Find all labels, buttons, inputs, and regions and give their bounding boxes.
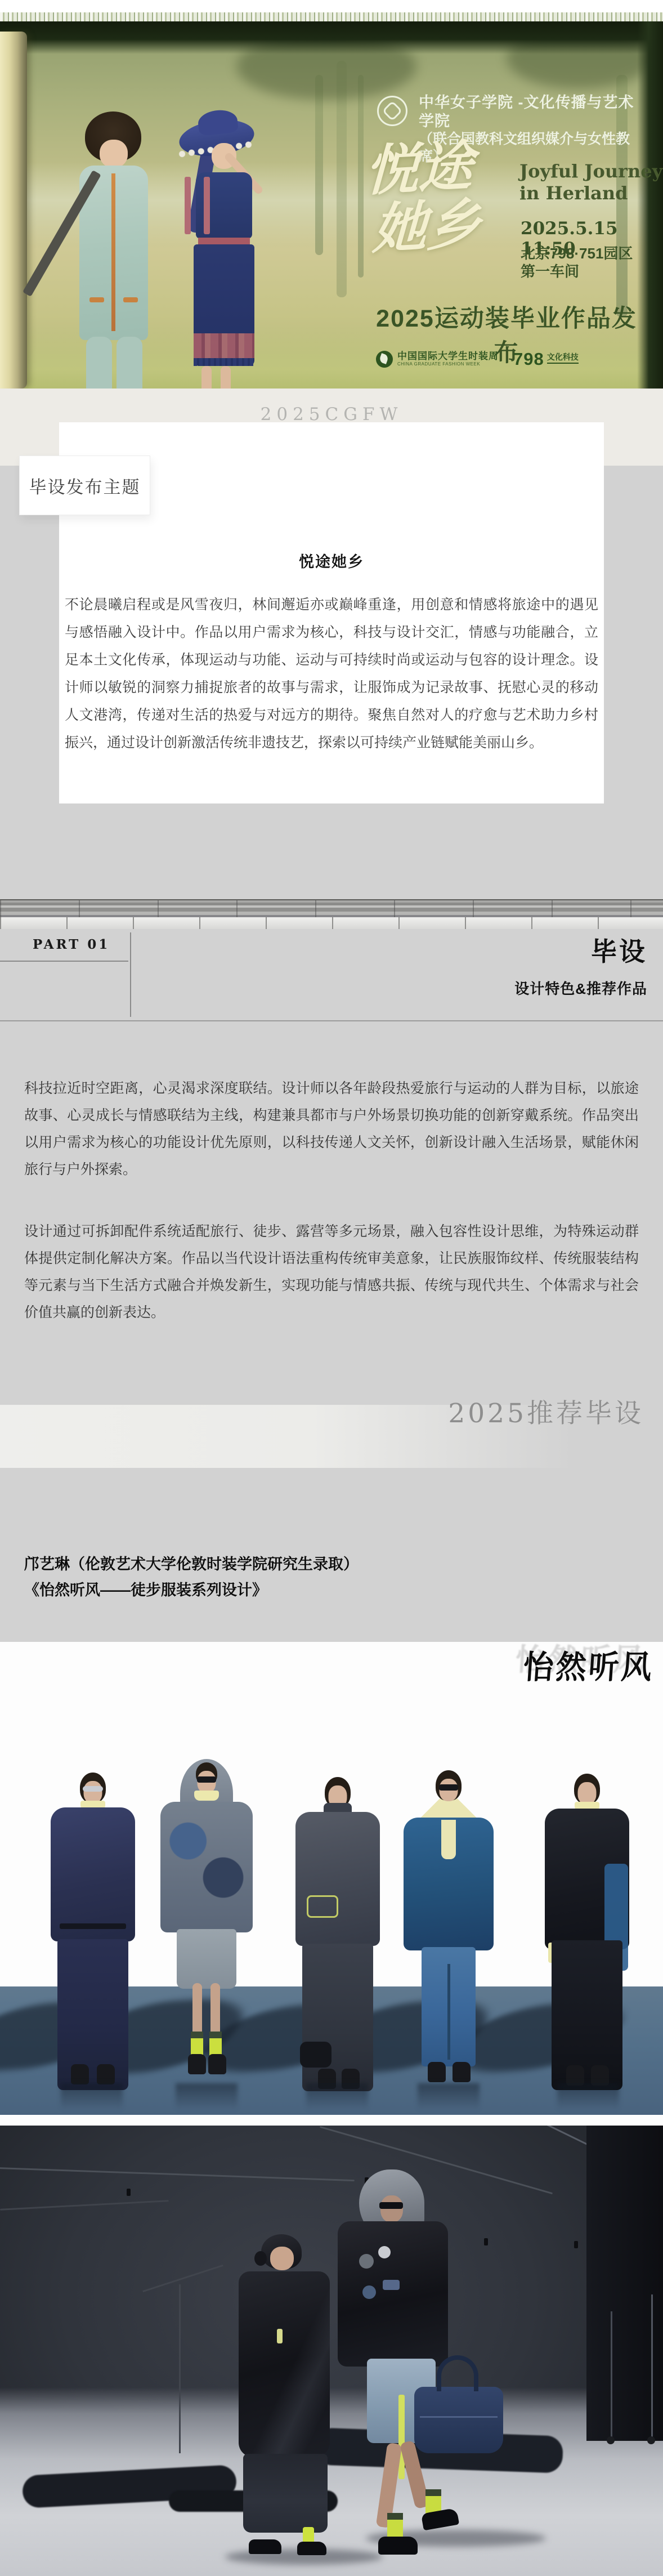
- chunky-shoe: [378, 2537, 418, 2555]
- cgfw-logo-en: CHINA GRADUATE FASHION WEEK: [397, 361, 499, 367]
- truss-line: [0, 2167, 355, 2181]
- theme-card: 毕设发布主题 悦途她乡 不论晨曦启程或是风雪夜归，林间邂逅亦或巅峰重逢，用创意和…: [59, 422, 604, 803]
- model-reflection: [61, 2083, 123, 2115]
- forest-top-band: [0, 21, 663, 54]
- light-stand: [651, 2294, 653, 2438]
- hand-bag: [300, 2042, 331, 2068]
- long-skirt: [302, 1944, 373, 2091]
- photo-model-man: [315, 2169, 484, 2564]
- logo-798-number: 798: [513, 351, 544, 368]
- boot: [188, 2054, 206, 2074]
- lineup-model-3: [290, 1777, 386, 2098]
- vest-trim: [204, 177, 210, 234]
- face: [380, 2195, 403, 2222]
- title-en-line2: in Herland: [519, 182, 662, 204]
- c-stand-arm: [142, 2265, 223, 2292]
- runway-photo: [0, 2126, 663, 2576]
- embroidered-hem: [194, 333, 254, 358]
- stand-wheel: [647, 2436, 655, 2444]
- cgfw-logo-cn: 中国国际大学生时装周: [397, 351, 499, 361]
- part-divider-left: [0, 961, 128, 962]
- title-en-line1: Joyful Journey: [519, 160, 662, 182]
- shoe: [249, 2539, 281, 2554]
- boot: [71, 2064, 89, 2084]
- belt: [60, 1923, 126, 1929]
- lineup-model-5: [539, 1774, 635, 2095]
- truss-line: [0, 2200, 169, 2211]
- part-divider-vertical: [130, 932, 131, 1017]
- boot: [591, 2065, 609, 2086]
- visor-sunglasses: [83, 1786, 103, 1792]
- stand-wheel: [607, 2436, 615, 2444]
- part-label: PART 01: [33, 937, 110, 952]
- utility-coat: [295, 1812, 380, 1946]
- lineup-model-1: [45, 1773, 141, 2093]
- jacket-patch: [383, 2280, 400, 2290]
- calligraphy-title: 怡然听风 怡然听风: [508, 1643, 654, 1688]
- truss-clamp: [127, 2189, 131, 2196]
- top-stripe-band: [0, 12, 663, 21]
- trench-coat: [51, 1807, 135, 1941]
- theme-paragraph: 不论晨曦启程或是风雪夜归，林间邂逅亦或巅峰重逢，用创意和情感将旅途中的遇见与感悟…: [65, 591, 598, 757]
- fringe: [194, 358, 254, 366]
- face: [270, 2247, 294, 2270]
- hood-drawcord: [441, 1820, 456, 1859]
- patch-leather-jacket: [338, 2221, 448, 2367]
- banner-logos: 中国国际大学生时装周 CHINA GRADUATE FASHION WEEK 7…: [376, 351, 579, 368]
- hooded-jacket: [160, 1802, 253, 1932]
- cgfw-logo: 中国国际大学生时装周 CHINA GRADUATE FASHION WEEK: [376, 351, 499, 368]
- scroll-curl: [0, 32, 27, 389]
- neon-strap: [398, 2395, 405, 2479]
- truss-clamp: [574, 2241, 578, 2248]
- c-stand: [179, 2284, 181, 2453]
- figure-ethnic-dress-illustration: [169, 116, 267, 389]
- neon-accent: [277, 2329, 283, 2343]
- tile-texture-band: [0, 917, 663, 929]
- metal-texture-band: [0, 899, 663, 918]
- cgfw-watermark: 2025CGFW: [0, 404, 663, 425]
- truss-clamp: [484, 2238, 488, 2245]
- light-stand: [611, 2311, 612, 2438]
- leg: [201, 366, 212, 389]
- model-reflection: [306, 2083, 368, 2115]
- collar: [194, 1791, 219, 1801]
- calligraphy-text: 怡然听风: [522, 1642, 656, 1688]
- boot: [453, 2062, 471, 2082]
- shorts: [177, 1929, 236, 1989]
- sunglasses: [379, 2202, 403, 2209]
- school-emblem-icon: [377, 96, 407, 126]
- headdress-top: [197, 108, 239, 136]
- jacket-patch: [362, 2285, 376, 2299]
- banner-title-en: Joyful Journey in Herland: [519, 160, 662, 204]
- lineup-model-2: [159, 1762, 254, 2083]
- figure-hiker-illustration: [76, 111, 155, 389]
- long-skirt: [57, 1939, 128, 2090]
- jeans: [422, 1947, 476, 2066]
- boot: [208, 2054, 226, 2074]
- zipper: [111, 173, 115, 331]
- design-feature-paragraph-1: 科技拉近时空距离，心灵渴求深度联结。设计师以各年龄段热爱旅行与运动的人群为目标，…: [24, 1075, 639, 1183]
- event-venue-hall: 第一车间: [521, 260, 579, 281]
- part-subtitle: 设计特色&推荐作品: [514, 977, 647, 998]
- face: [84, 1781, 102, 1803]
- pocket-trim: [123, 297, 138, 302]
- model-reflection: [176, 2083, 238, 2115]
- boot: [428, 2062, 446, 2082]
- leg: [221, 366, 231, 389]
- banner-title-cn: 悦途 她乡: [362, 135, 507, 260]
- vest-trim: [185, 177, 191, 234]
- leg: [117, 337, 142, 389]
- model-reflection: [418, 2083, 480, 2115]
- boot: [566, 2065, 584, 2086]
- design-feature-paragraph-2: 设计通过可拆卸配件系统适配旅行、徒步、露营等多元场景，融入包容性设计思维，为特殊…: [24, 1218, 639, 1326]
- model-reflection: [557, 2083, 619, 2115]
- article-page: 中华女子学院 -文化传播与艺术学院 （联合国教科文组织媒介与女性教席） 悦途 她…: [0, 0, 663, 2576]
- tree-trunk: [315, 75, 323, 255]
- face: [100, 140, 128, 168]
- bag-handle: [437, 2355, 478, 2391]
- jacket-patch: [378, 2246, 391, 2258]
- waist-band: [198, 238, 250, 244]
- cgfw-logo-icon: [376, 351, 393, 368]
- boot: [97, 2064, 115, 2084]
- designer-name-line: 邝艺琳（伦敦艺术大学伦敦时装学院研究生录取）: [24, 1552, 359, 1574]
- title-cn-line2: 她乡: [372, 193, 504, 258]
- jacket-patch: [359, 2254, 374, 2269]
- neon-outline-pocket: [307, 1895, 338, 1918]
- section-divider: [0, 1020, 663, 1021]
- sunglasses: [439, 1784, 458, 1791]
- theme-badge: 毕设发布主题: [19, 456, 150, 515]
- face: [578, 1782, 597, 1805]
- banner-image: 中华女子学院 -文化传播与艺术学院 （联合国教科文组织媒介与女性教席） 悦途 她…: [0, 21, 663, 389]
- navy-duffel-bag: [414, 2387, 503, 2453]
- ear-flap: [254, 2251, 267, 2266]
- pocket-trim: [89, 297, 104, 302]
- logo-798-sub: 文化科技: [547, 352, 579, 364]
- logo-798: 798 文化科技: [513, 351, 579, 368]
- recommend-watermark: 2025推荐毕设: [448, 1392, 644, 1430]
- skirt: [194, 244, 254, 366]
- lineup-model-4: [401, 1770, 496, 2091]
- sunglasses: [197, 1776, 216, 1783]
- theme-heading: 悦途她乡: [59, 550, 604, 572]
- school-name: 中华女子学院 -文化传播与艺术学院: [419, 93, 642, 131]
- designer-work-line: 《怡然听风——徒步服装系列设计》: [24, 1578, 267, 1600]
- leg: [86, 337, 112, 389]
- coat-skirt: [552, 1940, 622, 2090]
- part-title: 毕设: [591, 931, 647, 968]
